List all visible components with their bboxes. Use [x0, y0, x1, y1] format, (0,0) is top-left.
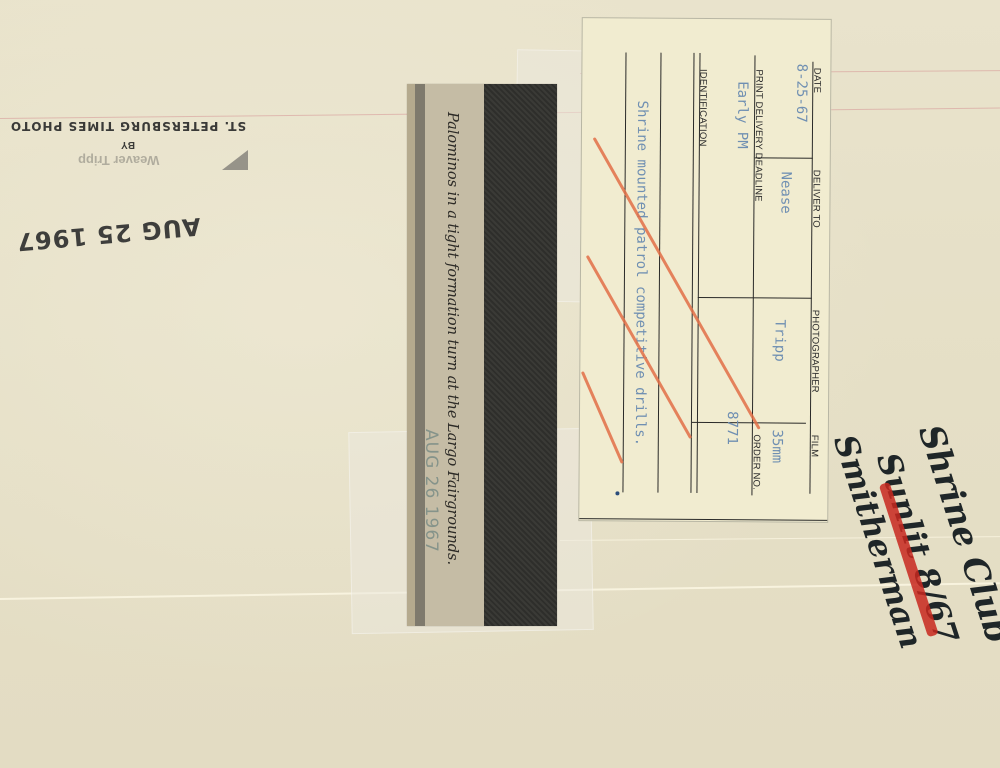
photo-credit-stamp: Weaver Tripp BY ST. PETERSBURG TIMES PHO… [8, 100, 248, 170]
clipping-photo-edge [484, 84, 557, 626]
value-identification: Shrine mounted patrol competitive drills… [632, 101, 650, 447]
newspaper-clipping: Palominos in a tight formation turn at t… [407, 84, 557, 626]
value-print-delivery-deadline: Early PM [734, 81, 750, 149]
ink-dot [615, 491, 619, 495]
label-date: DATE [811, 68, 822, 94]
slip-rule [622, 52, 626, 492]
value-photographer: Tripp [771, 319, 787, 361]
label-deliver-to: DELIVER TO [810, 170, 821, 228]
photographer-name-faint: Weaver Tripp [8, 153, 248, 168]
crayon-strike [593, 137, 761, 430]
slip-rule [692, 422, 806, 424]
slip-rule [579, 518, 827, 521]
credit-by: BY [8, 139, 248, 150]
label-photographer: PHOTOGRAPHER [809, 310, 821, 393]
slip-rule [698, 297, 812, 299]
label-order-no: ORDER NO. [750, 434, 761, 490]
slip-rule [657, 53, 661, 493]
label-print-delivery-deadline: PRINT DELIVERY DEADLINE [752, 69, 764, 201]
value-film: 35mm [769, 429, 785, 463]
stamp-corner-mark [222, 150, 248, 170]
clipping-received-stamp: AUG 26 1967 [419, 429, 443, 589]
value-deliver-to: Nease [777, 172, 793, 214]
photo-order-slip: DATE DELIVER TO PRINT DELIVERY DEADLINE … [578, 17, 832, 523]
label-film: FILM [809, 435, 820, 458]
label-identification: IDENTIFICATION [697, 69, 709, 147]
value-order-no: 8771 [724, 411, 740, 445]
slip-rule [809, 62, 813, 494]
crayon-strike [581, 371, 624, 464]
slip-rule [690, 53, 694, 493]
value-date: 8-25-67 [793, 64, 809, 123]
credit-publication: ST. PETERSBURG TIMES PHOTO [8, 119, 248, 133]
